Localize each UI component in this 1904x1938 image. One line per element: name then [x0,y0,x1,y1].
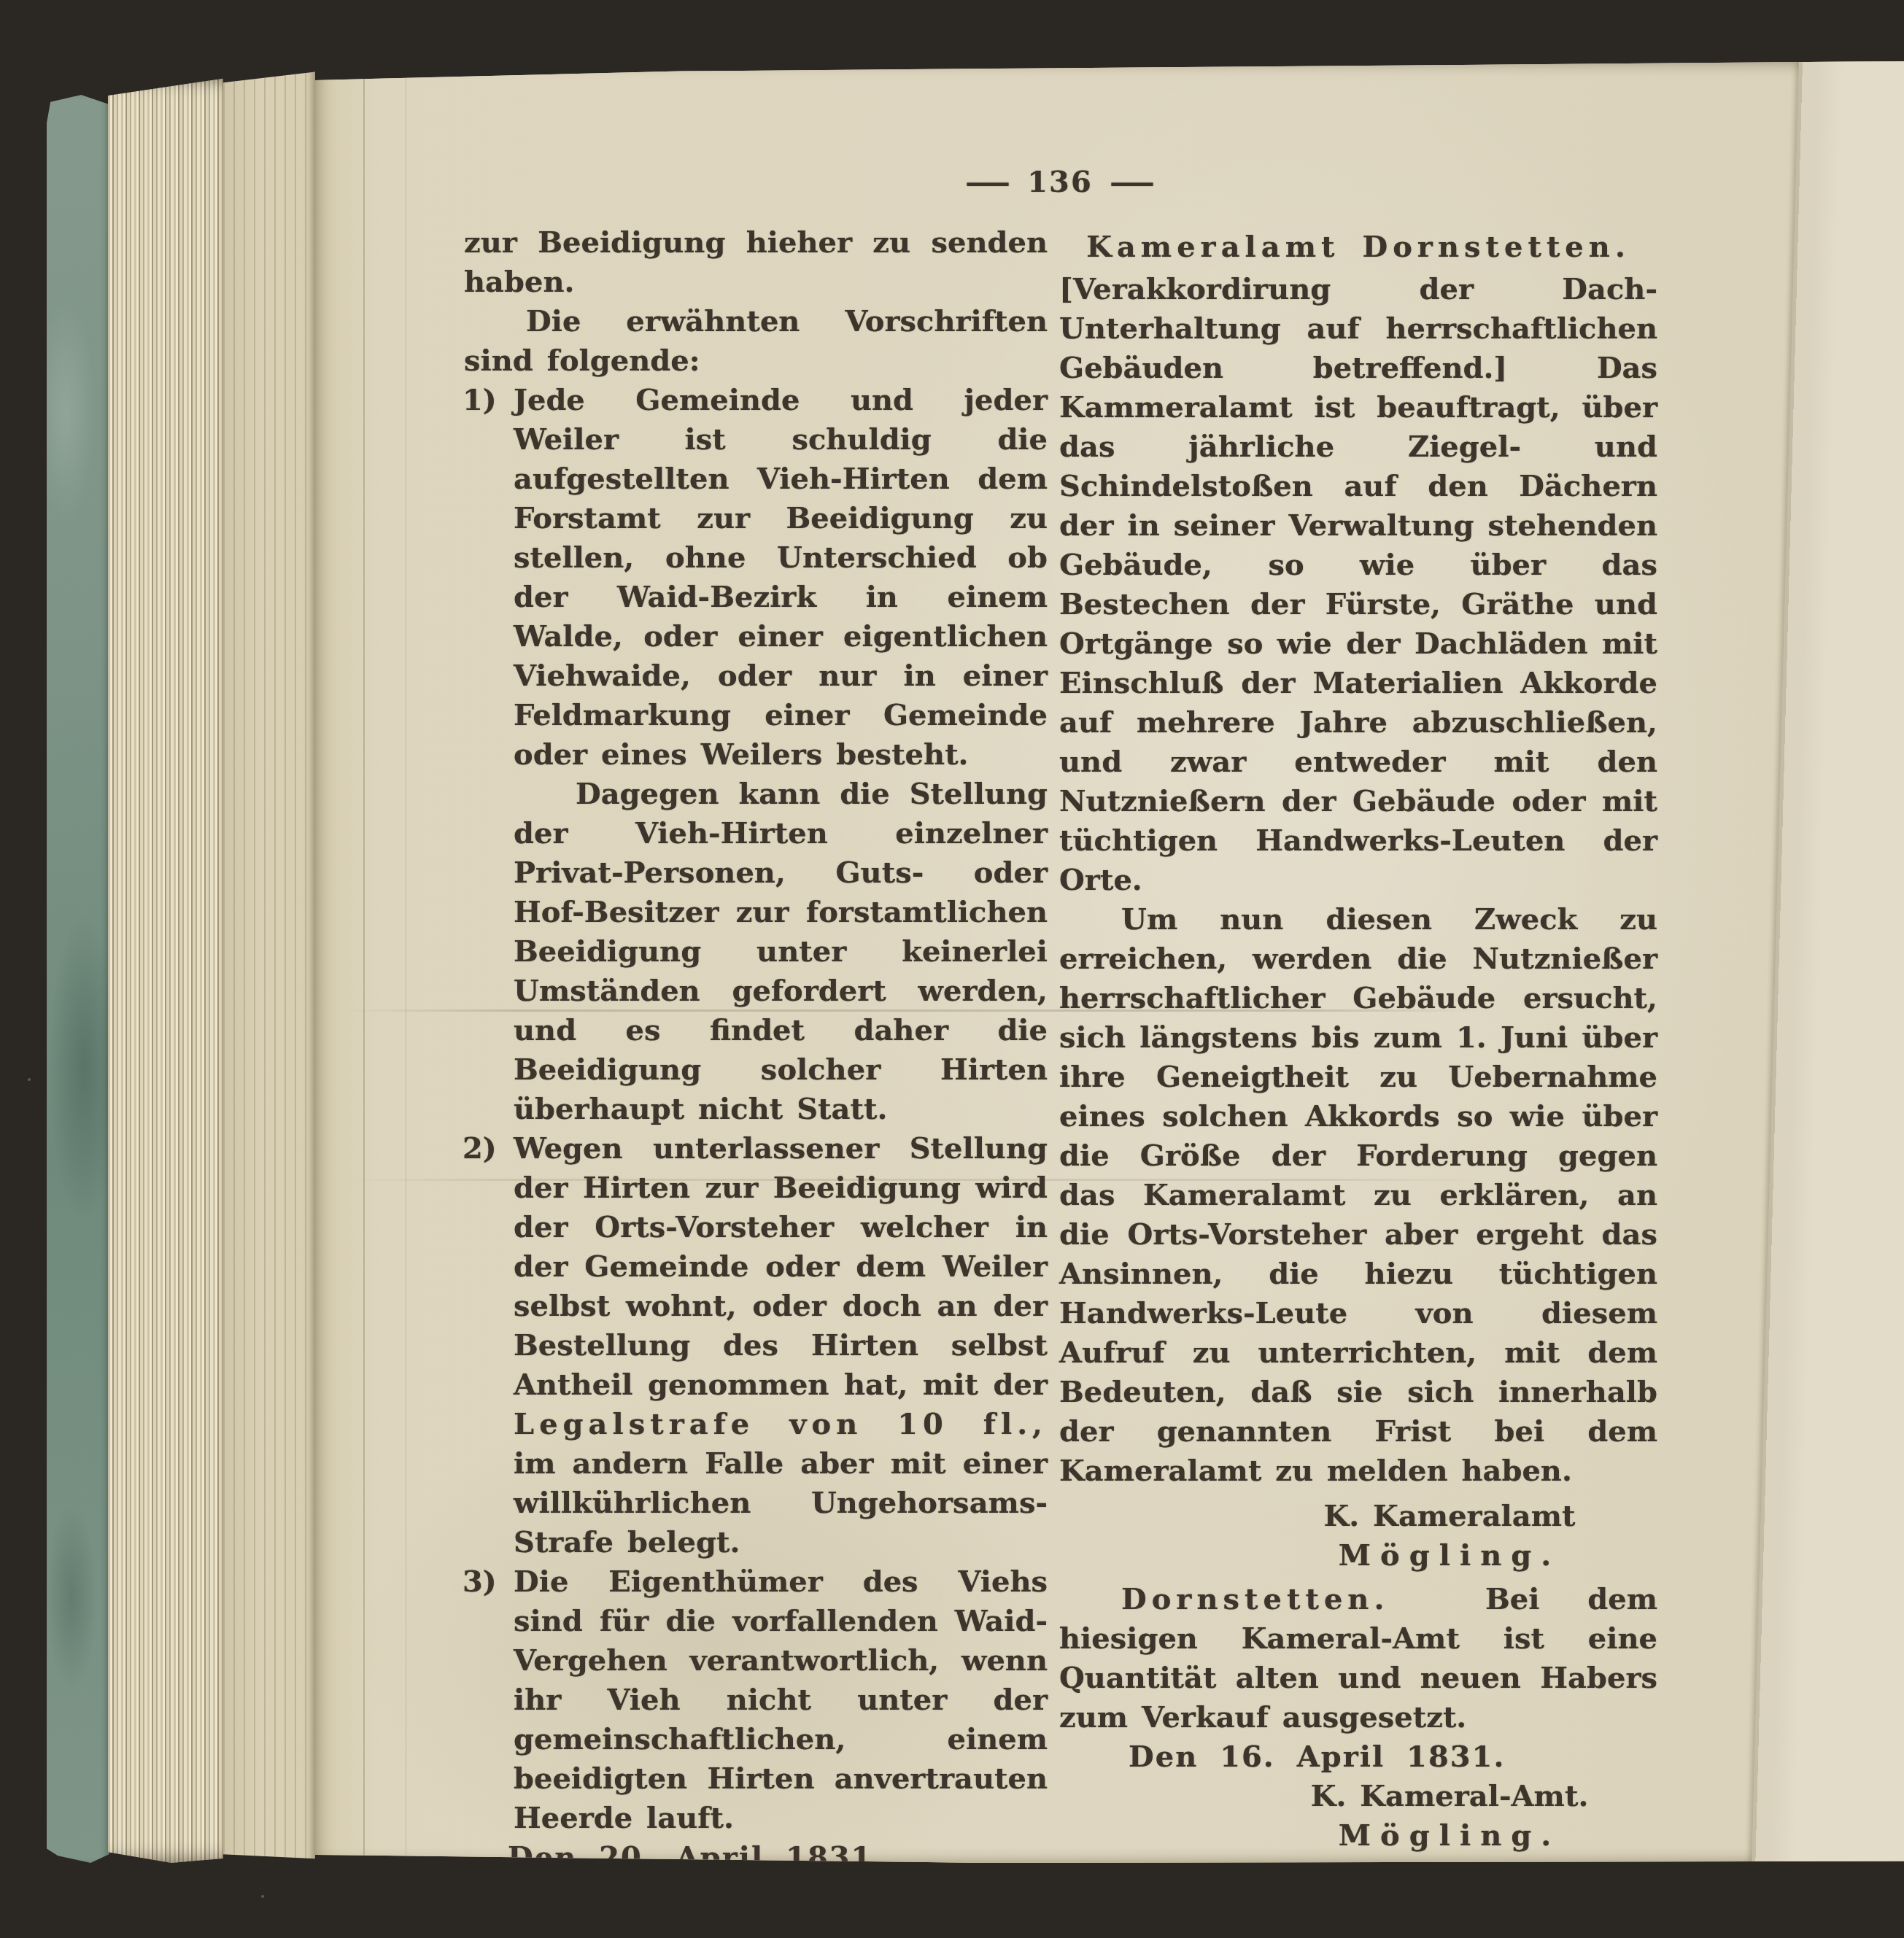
list-item-2: 2) Wegen unterlassener Stellung der Hirt… [464,1129,1048,1562]
page-number: — 136 — [940,165,1180,199]
paragraph-1: [Verakkordirung der Dach-Unterhaltung au… [1059,270,1657,900]
book-page: — 136 — zur Beeidigung hieher zu senden … [315,61,1904,1863]
left-column: zur Beeidigung hieher zu senden haben. D… [464,223,1048,1917]
page-fold-crease [1752,61,1904,1863]
emphasized-penalty-text: Legalstrafe von 10 fl., [514,1407,1048,1441]
signature-name: Mögling. [1059,1536,1657,1575]
list-item-text: Die Eigenthümer des Viehs sind für die v… [514,1562,1048,1838]
list-item-number: 1) [463,381,497,420]
paragraph-3-text [1389,1582,1485,1616]
right-column: Kameralamt Dornstetten. [Verakkordirung … [1059,228,1657,1856]
page-edge-line [406,61,406,1863]
article-heading: Kameralamt Dornstetten. [1059,228,1657,267]
signature-name: Mögling. [1059,1816,1657,1856]
list-item-text-post: im andern Falle aber mit einer willkührl… [514,1446,1048,1559]
list-item-text-pre: Wegen unterlassener Stellung der Hirten … [514,1131,1048,1402]
stacked-page-edges [108,76,223,1863]
continuation-line: zur Beeidigung hieher zu senden haben. [464,223,1048,302]
underlying-page-edge [223,70,315,1861]
paragraph-3: Dornstetten. Bei dem hiesigen Kameral-Am… [1059,1580,1657,1737]
page-number-value: 136 [1027,165,1093,199]
list-item-1: 1) Jede Gemeinde und jeder Weiler ist sc… [464,381,1048,1129]
signature-office: K. Kameralamt [1059,1497,1657,1536]
page-edge-line [363,61,365,1863]
list-item-subparagraph: Dagegen kann die Stellung der Vieh-Hirte… [514,775,1048,1129]
page-number-dash: — [964,165,1011,199]
list-item-text: Wegen unterlassener Stellung der Hirten … [514,1129,1048,1562]
intro-paragraph: Die erwähnten Vorschriften sind folgende… [464,302,1048,381]
list-item-text: Jede Gemeinde und jeder Weiler ist schul… [514,381,1048,775]
book-cover-edge [47,95,109,1863]
paragraph-2: Um nun diesen Zweck zu erreichen, werden… [1059,900,1657,1491]
page-number-dash: — [1109,165,1156,199]
signature-office: K. Kameral-Amt. [1059,1777,1657,1816]
list-item-number: 3) [463,1562,497,1602]
date-line: Den 20. April 1831. [464,1838,1048,1877]
list-item-3: 3) Die Eigenthümer des Viehs sind für di… [464,1562,1048,1838]
place-lead: Dornstetten. [1121,1582,1389,1616]
signature-office: K. Forstamt. [464,1877,1048,1917]
list-item-number: 2) [463,1129,497,1168]
book-scan: — 136 — zur Beeidigung hieher zu senden … [0,0,1904,1938]
date-line: Den 16. April 1831. [1059,1737,1657,1777]
